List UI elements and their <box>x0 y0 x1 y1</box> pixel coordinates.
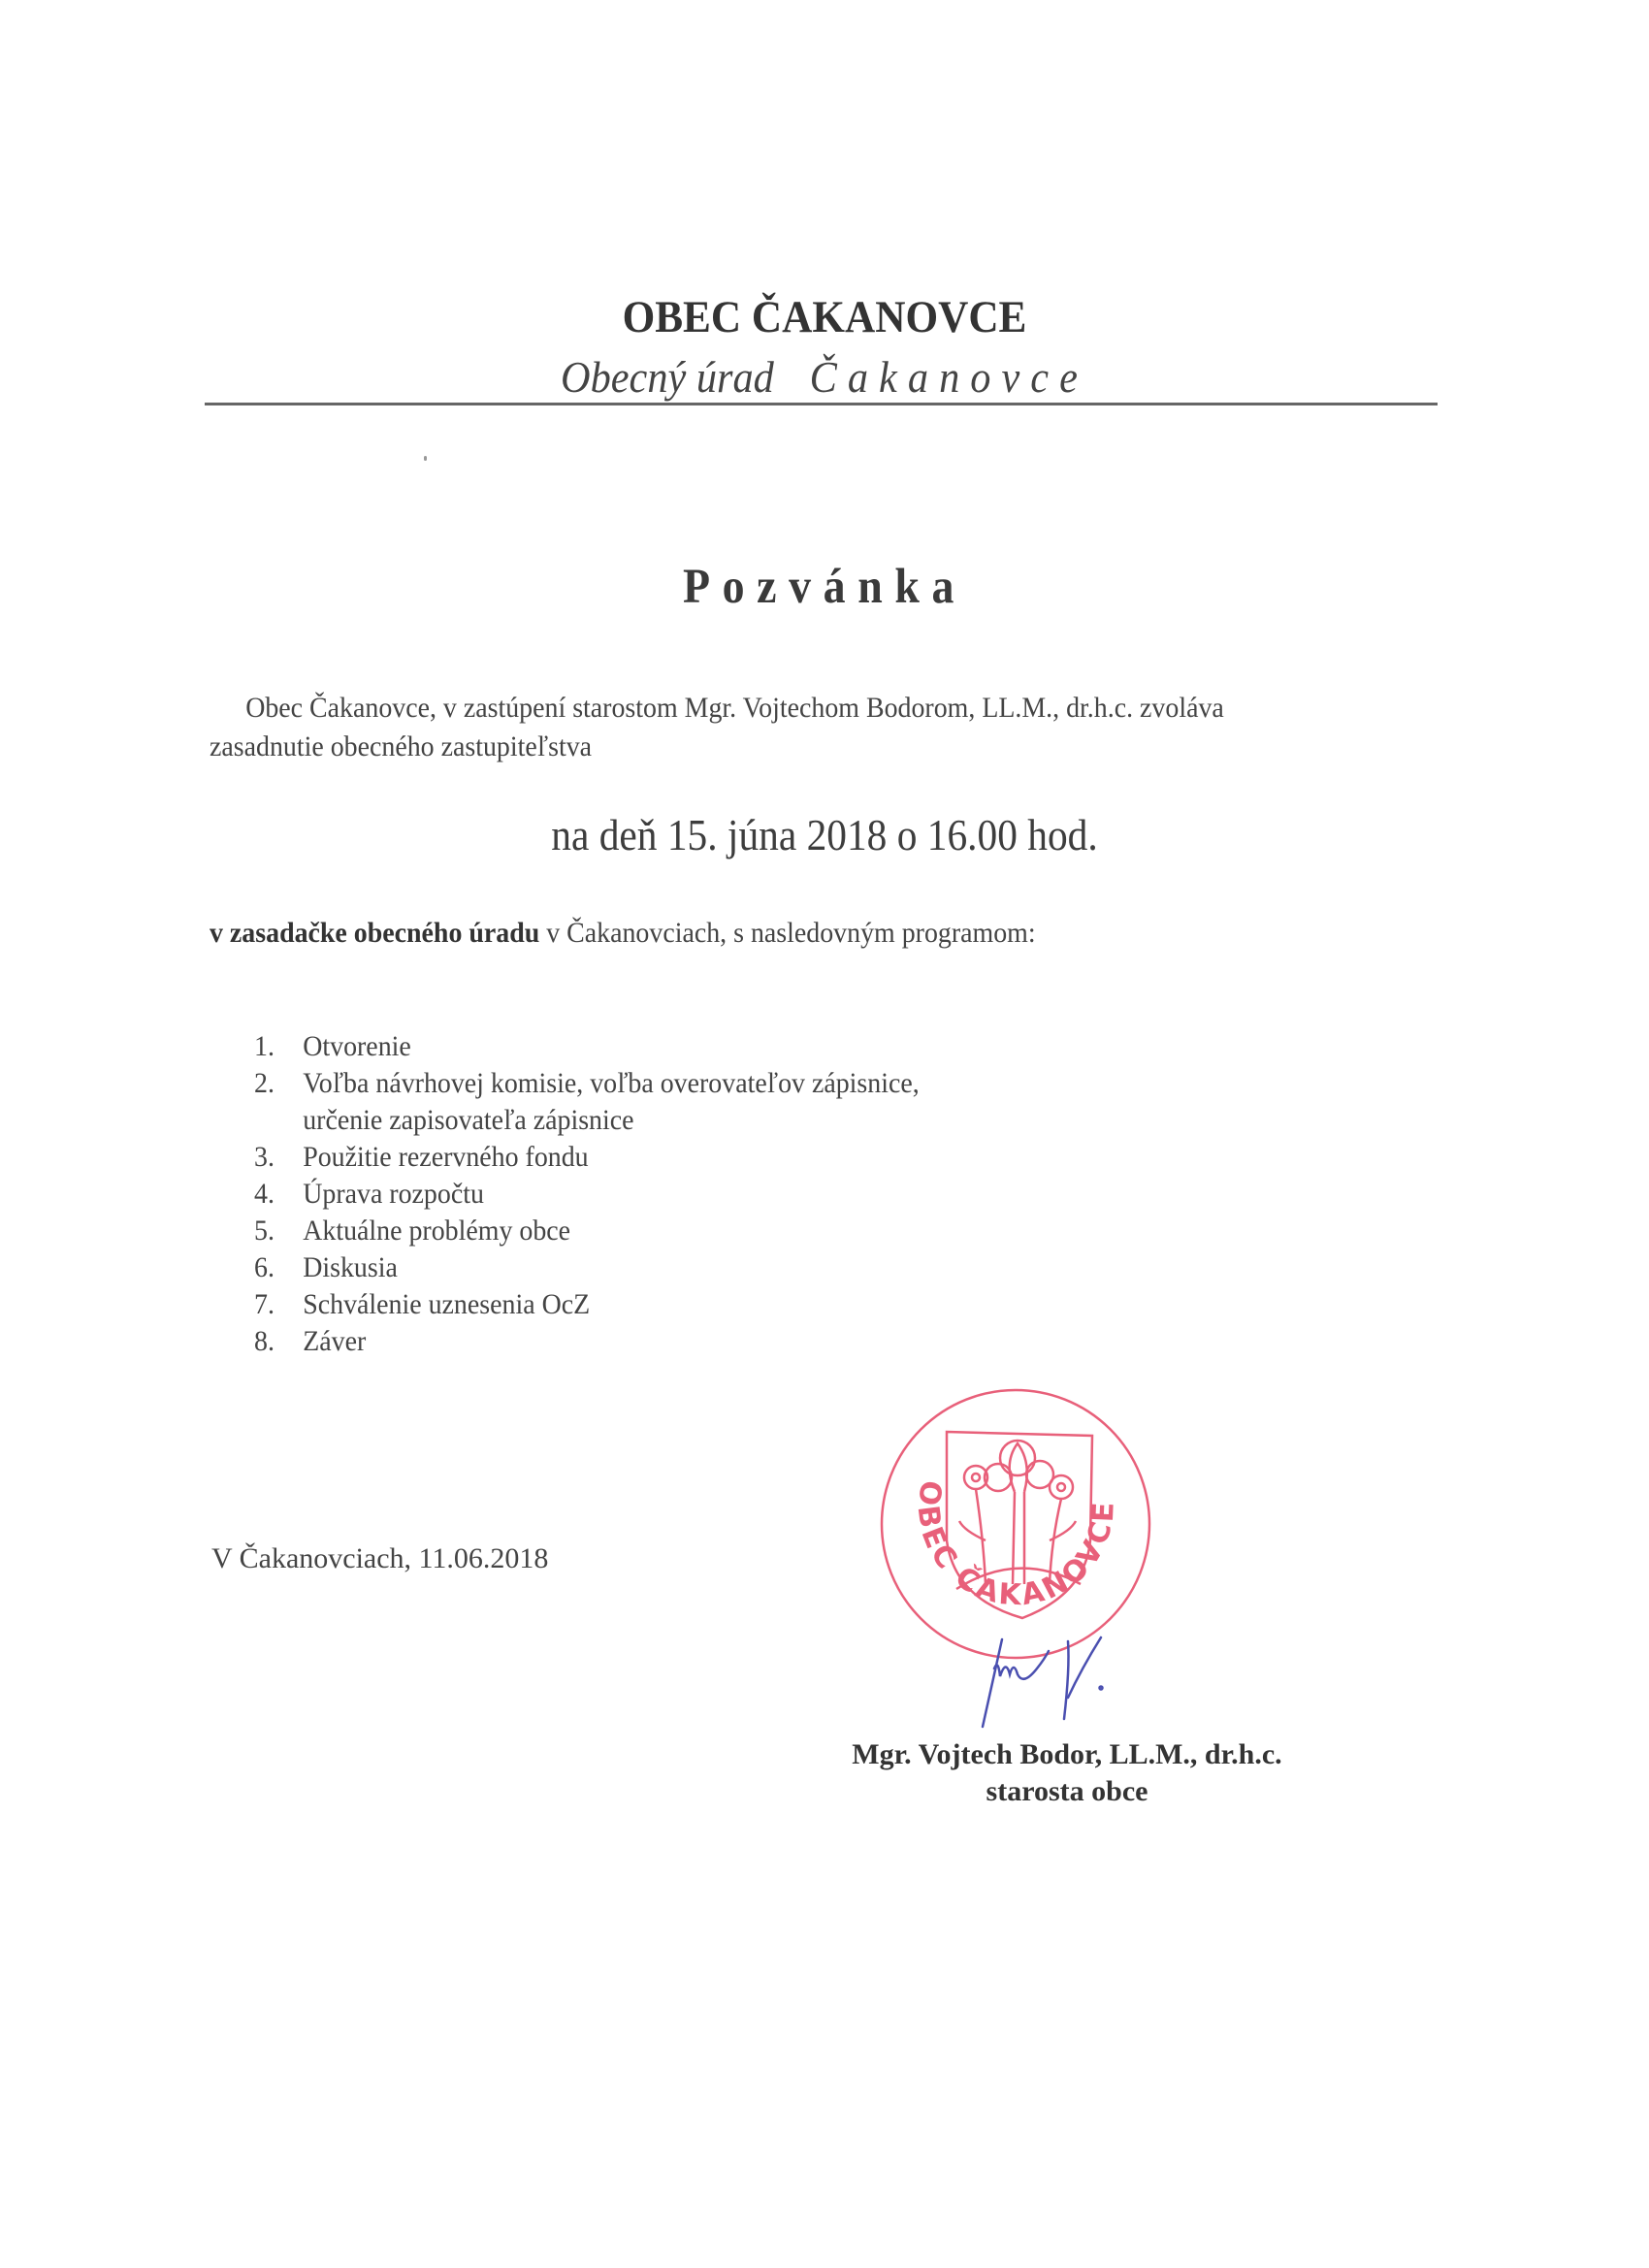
agenda-item: 8.Záver <box>254 1323 920 1360</box>
agenda-item-text: Voľba návrhovej komisie, voľba overovate… <box>303 1065 919 1139</box>
intro-paragraph: Obec Čakanovce, v zastúpení starostom Mg… <box>210 689 1374 766</box>
signer-name: Mgr. Vojtech Bodor, LL.M., dr.h.c. <box>805 1736 1329 1773</box>
signer-block: Mgr. Vojtech Bodor, LL.M., dr.h.c. staro… <box>805 1736 1329 1810</box>
agenda-item: 1.Otvorenie <box>254 1028 920 1065</box>
agenda-item: 6.Diskusia <box>254 1249 920 1286</box>
agenda-item-number: 3. <box>254 1139 303 1176</box>
agenda-item-number: 1. <box>254 1028 303 1065</box>
meeting-venue: v zasadačke obecného úradu v Čakanovciac… <box>210 917 1036 950</box>
agenda-item: 3.Použitie rezervného fondu <box>254 1139 920 1176</box>
agenda-item-number: 7. <box>254 1286 303 1323</box>
agenda-item-number: 6. <box>254 1249 303 1286</box>
signer-role: starosta obce <box>805 1773 1329 1810</box>
scan-speck <box>424 456 427 461</box>
agenda-item: 5.Aktuálne problémy obce <box>254 1213 920 1249</box>
agenda-item: 2.Voľba návrhovej komisie, voľba overova… <box>254 1065 920 1139</box>
agenda-item: 4.Úprava rozpočtu <box>254 1176 920 1213</box>
agenda-item-number: 2. <box>254 1065 303 1139</box>
meeting-date-time: na deň 15. júna 2018 o 16.00 hod. <box>82 809 1567 860</box>
place-and-date: V Čakanovciach, 11.06.2018 <box>211 1542 548 1575</box>
agenda-item-number: 8. <box>254 1323 303 1360</box>
agenda-item-text: Aktuálne problémy obce <box>303 1213 570 1249</box>
agenda-list: 1.Otvorenie2.Voľba návrhovej komisie, vo… <box>254 1028 920 1360</box>
document-heading: Pozvánka <box>82 559 1567 615</box>
agenda-item-text: Diskusia <box>303 1249 398 1286</box>
official-stamp-icon: OBEC ČAKANOVCE <box>877 1385 1154 1663</box>
intro-line-1: Obec Čakanovce, v zastúpení starostom Mg… <box>210 689 1374 728</box>
venue-rest: v Čakanovciach, s nasledovným programom: <box>539 917 1035 949</box>
agenda-item-text: Úprava rozpočtu <box>303 1176 484 1213</box>
office-subtitle-left: Obecný úrad <box>561 352 774 402</box>
agenda-item-text: Záver <box>303 1323 366 1360</box>
header-divider <box>205 403 1438 405</box>
office-subtitle-right: Čakanovce <box>810 352 1088 402</box>
agenda-item-text: Schválenie uznesenia OcZ <box>303 1286 590 1323</box>
office-subtitle: Obecný úradČakanovce <box>66 351 1583 403</box>
agenda-item-text: Použitie rezervného fondu <box>303 1139 588 1176</box>
agenda-item-text: Otvorenie <box>303 1028 411 1065</box>
agenda-item-number: 4. <box>254 1176 303 1213</box>
agenda-item-number: 5. <box>254 1213 303 1249</box>
municipality-title: OBEC ČAKANOVCE <box>66 291 1583 343</box>
intro-line-2: zasadnutie obecného zastupiteľstva <box>210 728 1374 766</box>
agenda-item: 7.Schválenie uznesenia OcZ <box>254 1286 920 1323</box>
handwritten-signature-icon <box>955 1630 1149 1736</box>
venue-bold: v zasadačke obecného úradu <box>210 917 539 949</box>
